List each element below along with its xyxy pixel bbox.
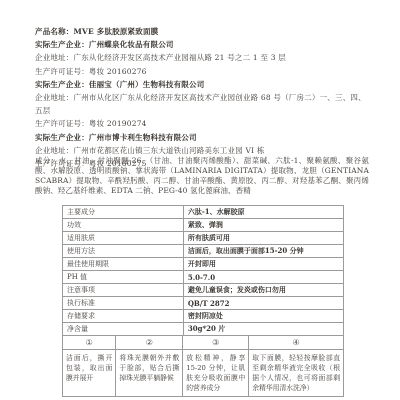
manufacturer-2-line: 实际生产企业：佳丽宝（广州）生物科技有限公司 [35,78,368,91]
steps-header-row: ① ② ③ ④ [63,336,344,350]
spec-label: 执行标准 [63,297,184,310]
manufacturer-1-line: 实际生产企业：广州蝶泉化妆品有限公司 [35,38,368,51]
table-row: PH 值 5.0-7.0 [63,271,344,284]
table-row: 适用肤质 所有肤质可用 [63,232,344,245]
spec-label: PH 值 [63,271,184,284]
spec-label: 最佳使用期限 [63,258,184,271]
product-name-line: 产品名称：MVE 多肽胶原紧致面膜 [35,25,368,38]
table-row: 注意事项 避免儿童误食；发炎或伤口勿用 [63,284,344,297]
step-text-3: 放松精神，静享 15-20 分钟，让肌肤充分吸收面膜中的营养成分 [183,350,249,397]
step-text-4: 取下面膜，轻轻按摩脸部直至剩余精华液完全吸收（根据个人情况，也可将面部剩余精华用… [249,350,344,397]
usage-steps-table: ① ② ③ ④ 洁面后，撕开包装，取出面膜并展开 将珠光膜朝外并敷于脸部，贴合后… [62,335,344,397]
ingredients-paragraph: 成分：水、甘油、甘油聚醚-26、（甘油、甘油聚丙烯酸酯）、甜菜碱、六肽-1、聚赖… [35,156,369,196]
steps-content-row: 洁面后，撕开包装，取出面膜并展开 将珠光膜朝外并敷于脸部，贴合后撕掉珠光膜平躺静… [63,350,344,397]
step-text-1: 洁面后，撕开包装，取出面膜并展开 [63,350,116,397]
spec-value: 5.0-7.0 [183,271,343,284]
table-row: 主要成分 六肽-1、水解胶原 [63,206,344,219]
address-2-line: 企业地址：广州市从化区广东从化经济开发区高技术产业园创业路 68 号（厂房二）一… [35,91,368,117]
spec-table: 主要成分 六肽-1、水解胶原 功效 紧致、弹润 适用肤质 所有肤质可用 使用方法… [62,205,344,336]
license-1-line: 生产许可证号：粤妆 20160276 [35,65,368,78]
table-row: 执行标准 QB/T 2872 [63,297,344,310]
product-spec-section: 主要成分 六肽-1、水解胶原 功效 紧致、弹润 适用肤质 所有肤质可用 使用方法… [62,205,344,397]
address-1-line: 企业地址：广东从化经济开发区高技术产业园福从路 21 号之二 1 至 3 层 [35,51,368,64]
spec-value: 六肽-1、水解胶原 [183,206,343,219]
spec-value: 紧致、弹润 [183,219,343,232]
spec-value: 洁面后，取出面膜于面部15-20 分钟 [183,245,343,258]
spec-label: 使用方法 [63,245,184,258]
spec-label: 注意事项 [63,284,184,297]
spec-label: 主要成分 [63,206,184,219]
table-row: 净含量 30g*20 片 [63,323,344,336]
step-number-2: ② [116,336,183,350]
product-info-document: 产品名称：MVE 多肽胶原紧致面膜 实际生产企业：广州蝶泉化妆品有限公司 企业地… [0,0,400,400]
spec-value: QB/T 2872 [183,297,343,310]
manufacturer-3-line: 实际生产企业：广州市博卡利生物科技有限公司 [35,131,368,144]
step-number-3: ③ [183,336,249,350]
table-row: 使用方法 洁面后，取出面膜于面部15-20 分钟 [63,245,344,258]
step-text-2: 将珠光膜朝外并敷于脸部，贴合后撕掉珠光膜平躺静候 [116,350,183,397]
table-row: 功效 紧致、弹润 [63,219,344,232]
table-row: 存储要求 密封阴凉处 [63,310,344,323]
license-2-line: 生产许可证号：粤妆 20190274 [35,117,368,130]
spec-value: 所有肤质可用 [183,232,343,245]
spec-label: 净含量 [63,323,184,336]
spec-label: 存储要求 [63,310,184,323]
step-number-4: ④ [249,336,344,350]
table-row: 最佳使用期限 开封即用 [63,258,344,271]
spec-value: 密封阴凉处 [183,310,343,323]
spec-label: 功效 [63,219,184,232]
spec-label: 适用肤质 [63,232,184,245]
manufacturer-info-block: 产品名称：MVE 多肽胶原紧致面膜 实际生产企业：广州蝶泉化妆品有限公司 企业地… [35,25,368,170]
step-number-1: ① [63,336,116,350]
spec-value: 30g*20 片 [183,323,343,336]
spec-value: 开封即用 [183,258,343,271]
spec-value: 避免儿童误食；发炎或伤口勿用 [183,284,343,297]
